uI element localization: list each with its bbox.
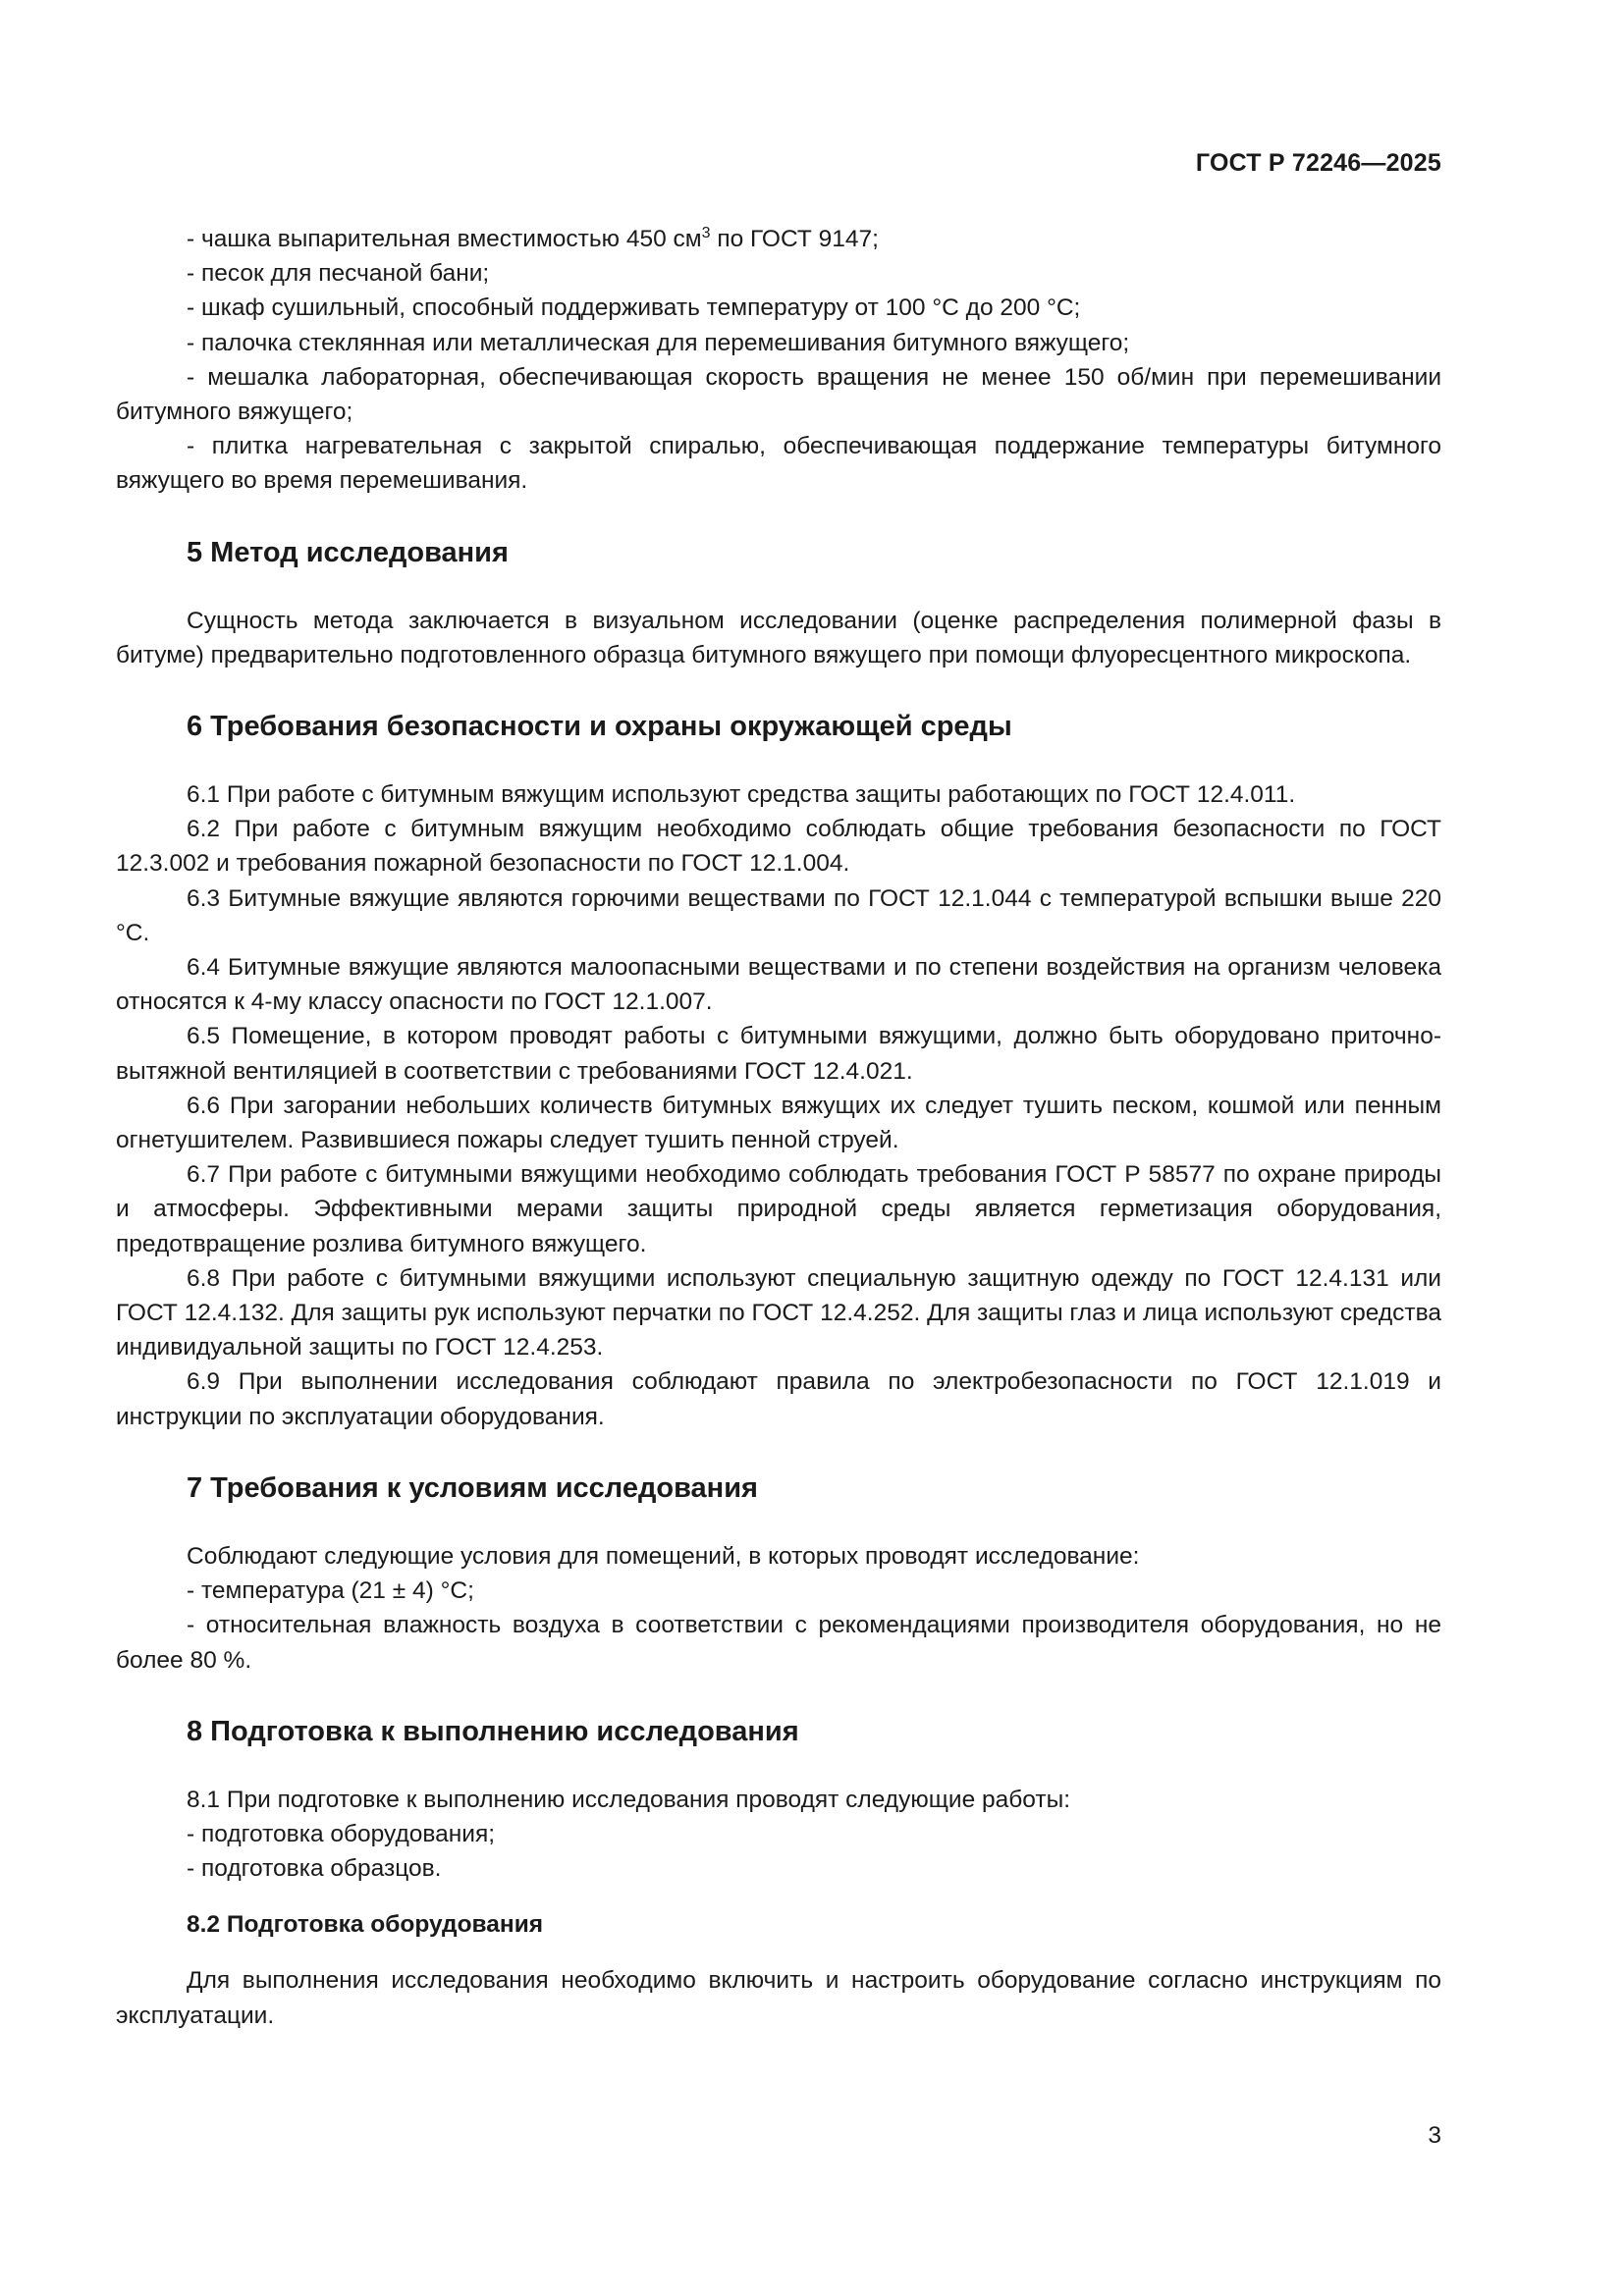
paragraph-8-1: 8.1 При подготовке к выполнению исследов… xyxy=(116,1783,1441,1817)
section-heading-8: 8 Подготовка к выполнению исследования xyxy=(116,1714,1441,1749)
paragraph-6-8: 6.8 При работе с битумными вяжущими испо… xyxy=(116,1261,1441,1365)
paragraph-6-7: 6.7 При работе с битумными вяжущими необ… xyxy=(116,1157,1441,1261)
list-item: - относительная влажность воздуха в соот… xyxy=(116,1608,1441,1677)
document-body: - чашка выпарительная вместимостью 450 с… xyxy=(116,222,1441,2033)
page-number: 3 xyxy=(1428,2122,1441,2150)
paragraph: Для выполнения исследования необходимо в… xyxy=(116,1963,1441,2032)
list-item: - мешалка лабораторная, обеспечивающая с… xyxy=(116,360,1441,429)
paragraph-6-2: 6.2 При работе с битумным вяжущим необхо… xyxy=(116,812,1441,881)
list-item: - подготовка оборудования; xyxy=(116,1817,1441,1851)
paragraph: Соблюдают следующие условия для помещени… xyxy=(116,1539,1441,1574)
paragraph-6-9: 6.9 При выполнении исследования соблюдаю… xyxy=(116,1364,1441,1433)
paragraph: Сущность метода заключается в визуальном… xyxy=(116,604,1441,672)
section-heading-5: 5 Метод исследования xyxy=(116,535,1441,570)
paragraph-6-3: 6.3 Битумные вяжущие являются горючими в… xyxy=(116,881,1441,950)
list-item: - шкаф сушильный, способный поддерживать… xyxy=(116,291,1441,325)
paragraph-6-5: 6.5 Помещение, в котором проводят работы… xyxy=(116,1019,1441,1088)
document-code-header: ГОСТ Р 72246—2025 xyxy=(1196,149,1441,178)
list-item: - палочка стеклянная или металлическая д… xyxy=(116,326,1441,360)
list-item: - подготовка образцов. xyxy=(116,1851,1441,1886)
list-item: - песок для песчаной бани; xyxy=(116,256,1441,291)
paragraph-6-4: 6.4 Битумные вяжущие являются малоопасны… xyxy=(116,950,1441,1019)
list-item: - температура (21 ± 4) °С; xyxy=(116,1574,1441,1608)
paragraph-6-1: 6.1 При работе с битумным вяжущим исполь… xyxy=(116,777,1441,812)
subsection-heading-8-2: 8.2 Подготовка оборудования xyxy=(116,1907,1441,1942)
section-heading-6: 6 Требования безопасности и охраны окруж… xyxy=(116,709,1441,744)
section-heading-7: 7 Требования к условиям исследования xyxy=(116,1470,1441,1506)
list-item: - плитка нагревательная с закрытой спира… xyxy=(116,429,1441,498)
list-item: - чашка выпарительная вместимостью 450 с… xyxy=(116,222,1441,256)
paragraph-6-6: 6.6 При загорании небольших количеств би… xyxy=(116,1089,1441,1157)
